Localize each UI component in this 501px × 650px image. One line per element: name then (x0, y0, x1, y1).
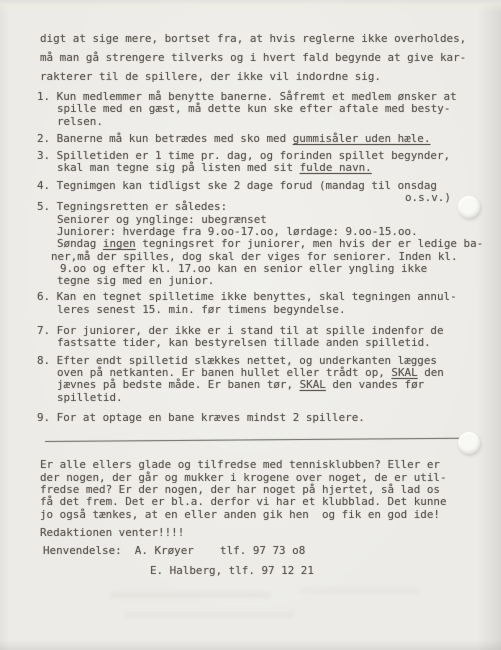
rule-8-line-3: jævnes på bedste måde. Er banen tør, SKA… (57, 379, 501, 391)
rule-1-line-3: relsen. (57, 116, 501, 128)
text-segment: rakterer til de spillere, der ikke vil i… (40, 70, 381, 83)
underlined-text: SKAL (391, 366, 417, 379)
text-segment: Juniorer: hverdage fra 9.oo-17.oo, lørda… (57, 225, 418, 238)
punch-hole-top (458, 196, 480, 218)
intro-line-3: rakterer til de spillere, der ikke vil i… (40, 67, 501, 86)
contact-line-2: E. Halberg, tlf. 97 12 21 (150, 561, 501, 581)
text-segment: E. Halberg, tlf. 97 12 21 (150, 564, 314, 577)
text-segment: relsen. (57, 115, 103, 128)
rule-item-5: 5. Tegningsretten er således:Seniorer og… (37, 201, 501, 287)
text-segment: 9.oo og efter kl. 17.oo kan en senior el… (60, 262, 427, 275)
text-segment: Seniorer og ynglinge: ubegrænset (57, 213, 267, 226)
rule-item-2: 2. Banerne må kun betrædes med sko med g… (37, 133, 501, 145)
text-segment: 6. Kan en tegnet spilletime ikke benytte… (37, 290, 457, 303)
text-segment: oven på netkanten. Er banen hullet eller… (57, 366, 391, 379)
text-segment: o.s.v.) (405, 191, 451, 204)
intro-paragraph: digt at sige mere, bortset fra, at hvis … (40, 29, 501, 86)
text-segment: ner,må der spilles, dog skal der viges f… (51, 250, 458, 263)
text-segment: tegne sig med en junior. (57, 274, 214, 287)
underlined-text: fulde navn. (300, 161, 372, 174)
rule-item-7: 7. For juniorer, der ikke er i stand til… (37, 325, 501, 350)
divider-line (45, 438, 466, 442)
text-segment: jo også tænkes, at en eller anden gik he… (40, 508, 440, 521)
contact-line-1: Henvendelse: A. Krøyer tlf. 97 73 o8 (43, 541, 501, 561)
rule-3-line-2: skal man tegne sig på listen med sit ful… (57, 162, 501, 174)
rules-list: 1. Kun medlemmer må benytte banerne. Såf… (37, 91, 501, 424)
text-segment: 7. For juniorer, der ikke er i stand til… (37, 324, 444, 337)
text-segment: jævnes på bedste måde. Er banen tør, (57, 378, 300, 391)
rule-8-line-4: spilletid. (57, 392, 501, 404)
rule-7-line-2: fastsatte tider, kan bestyrelsen tillade… (57, 337, 501, 349)
rule-item-3: 3. Spilletiden er 1 time pr. dag, og for… (37, 150, 501, 175)
rule-9-line-1: 9. For at optage en bane kræves mindst 2… (37, 412, 501, 424)
text-segment: fastsatte tider, kan bestyrelsen tillade… (57, 336, 431, 349)
rule-item-6: 6. Kan en tegnet spilletime ikke benytte… (37, 291, 501, 316)
rule-item-8: 8. Efter endt spilletid slækkes nettet, … (37, 355, 501, 404)
rule-2-line-1: 2. Banerne må kun betrædes med sko med g… (37, 133, 501, 145)
intro-line-1: digt at sige mere, bortset fra, at hvis … (40, 29, 501, 48)
text-segment: 9. For at optage en bane kræves mindst 2… (37, 411, 365, 424)
text-segment: må man gå strengere tilverks og i hvert … (40, 51, 466, 64)
text-segment: få det frem. Det er bl.a. derfor vi har … (40, 495, 447, 508)
text-segment: den vandes før (326, 378, 424, 391)
rule-item-9: 9. For at optage en bane kræves mindst 2… (37, 412, 501, 424)
text-segment: skal man tegne sig på listen med sit (57, 161, 300, 174)
text-segment: der nogen, der går og mukker i krogene o… (40, 471, 447, 484)
scan-smudge (125, 612, 295, 617)
closing-paragraph: Er alle ellers glade og tilfredse med te… (40, 459, 501, 521)
document-content: digt at sige mere, bortset fra, at hvis … (0, 0, 501, 581)
rule-item-1: 1. Kun medlemmer må benytte banerne. Såf… (37, 91, 501, 128)
text-segment: Henvendelse: A. Krøyer tlf. 97 73 o8 (43, 544, 305, 557)
scan-smudge (110, 592, 270, 598)
text-segment: tegningsret for juniorer, men hvis der e… (136, 237, 484, 250)
rule-6-line-2: leres senest 15. min. før timens begynde… (57, 304, 501, 316)
text-segment: den (418, 366, 444, 379)
page-paper: digt at sige mere, bortset fra, at hvis … (0, 0, 501, 650)
intro-line-2: må man gå strengere tilverks og i hvert … (40, 48, 501, 67)
text-segment: fredse med? Er der nogen, der har noget … (40, 483, 440, 496)
rule-1-line-2: spille med en gæst, må dette kun ske eft… (57, 103, 501, 115)
underlined-text: ingen (103, 237, 136, 250)
scan-smudge (300, 588, 420, 593)
text-segment: 2. Banerne må kun betrædes med sko med (37, 132, 293, 145)
text-segment: Søndag (57, 237, 103, 250)
punch-hole-bottom (458, 432, 480, 454)
editor-call-line: Redaktionen venter!!!! (40, 527, 501, 539)
text-segment: Er alle ellers glade og tilfredse med te… (40, 458, 440, 471)
rule-5-line-7: tegne sig med en junior. (57, 275, 501, 287)
underlined-text: SKAL (300, 378, 326, 391)
text-segment: digt at sige mere, bortset fra, at hvis … (40, 32, 466, 45)
contact-block: Henvendelse: A. Krøyer tlf. 97 73 o8E. H… (37, 541, 501, 581)
underlined-text: gummisåler uden hæle. (293, 132, 431, 145)
closing-line-5: jo også tænkes, at en eller anden gik he… (40, 509, 501, 521)
text-segment: spilletid. (57, 391, 123, 404)
text-segment: spille med en gæst, må dette kun ske eft… (57, 102, 450, 115)
text-segment: 8. Efter endt spilletid slækkes nettet, … (37, 354, 437, 367)
text-segment: 5. Tegningsretten er således: (37, 200, 227, 213)
text-segment: 4. Tegnimgen kan tidligst ske 2 dage for… (37, 179, 437, 192)
text-segment: leres senest 15. min. før timens begynde… (57, 303, 346, 316)
